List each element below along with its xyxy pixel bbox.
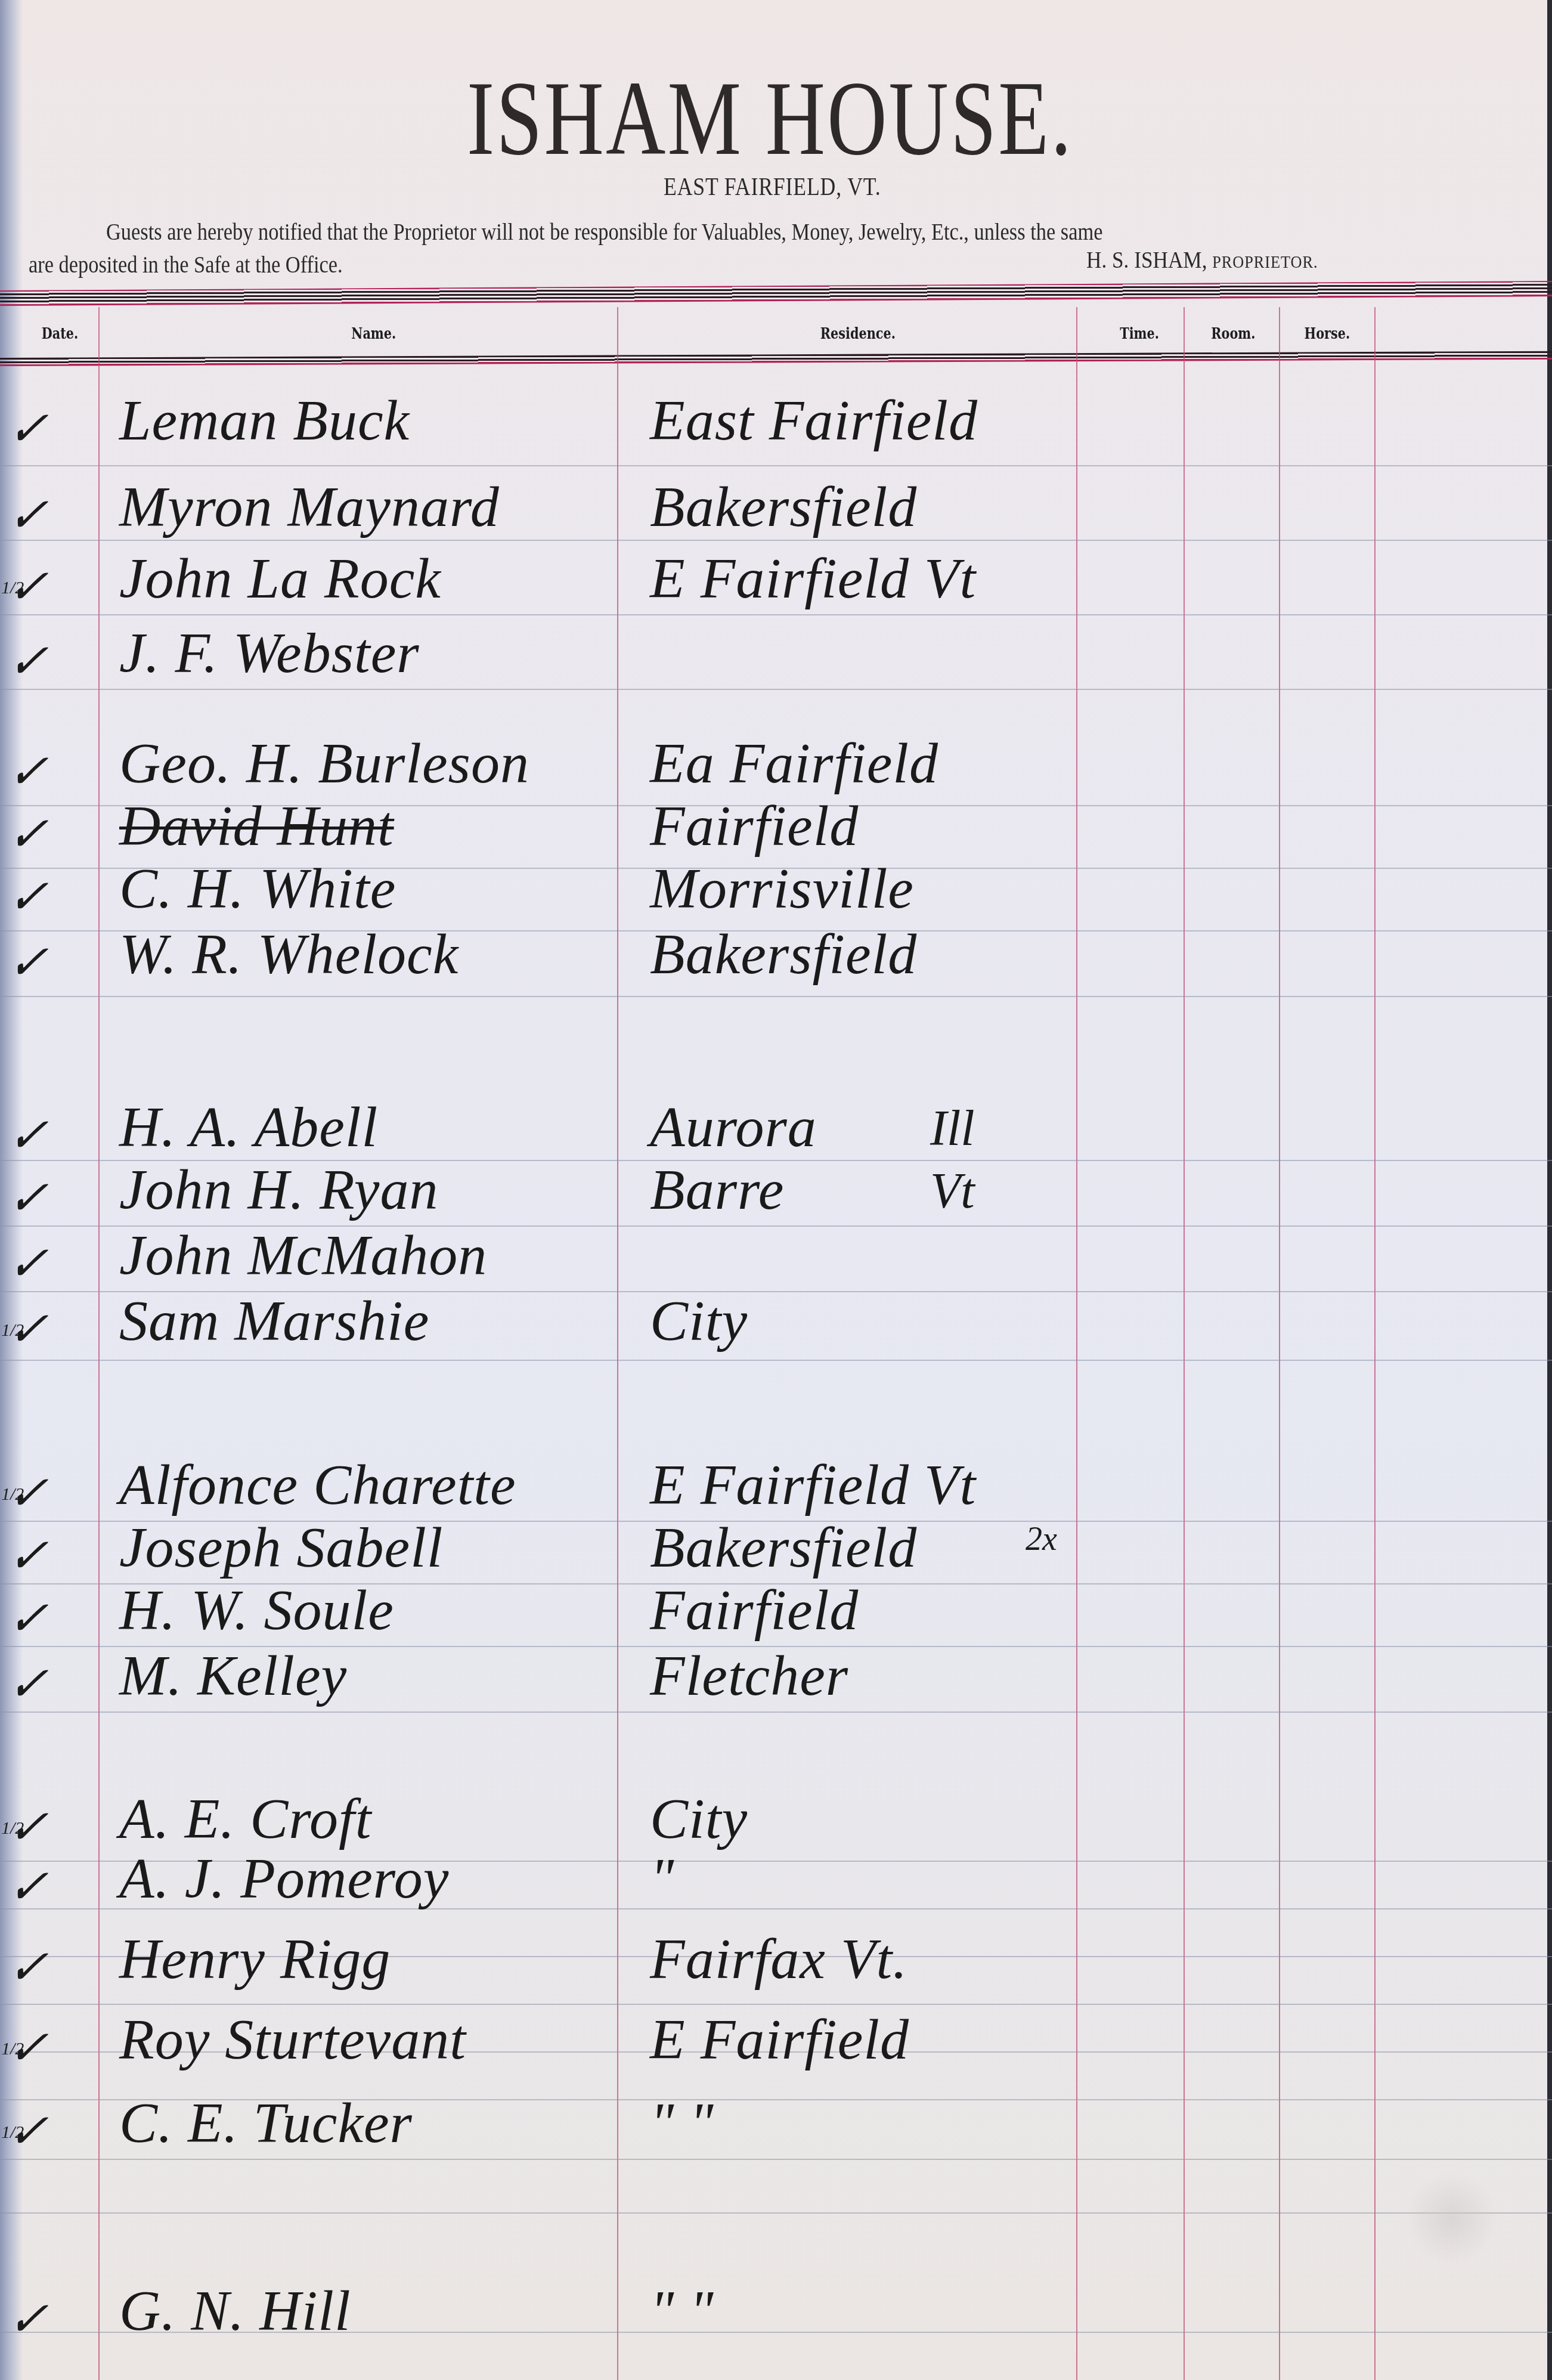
ruled-line [0, 2212, 1552, 2214]
check-mark-icon: ✓ [3, 2292, 92, 2346]
guest-residence: Bakersfield [650, 921, 917, 987]
check-mark-icon: ✓ [3, 1657, 92, 1711]
check-mark-icon: ✓ [3, 635, 92, 688]
notice-line-2: are deposited in the Safe at the Office. [29, 250, 343, 278]
hotel-location: EAST FAIRFIELD, VT. [113, 173, 1432, 202]
column-header-residence: Residence. [820, 325, 896, 343]
register-entry: 1/2 ✓ C. E. Tucker " " [0, 2069, 1552, 2167]
column-header-date: Date. [42, 325, 79, 343]
proprietor-signature: H. S. ISHAM, PROPRIETOR. [1086, 246, 1318, 274]
guest-name: Henry Rigg [119, 1926, 391, 1992]
check-mark-icon: ✓ [3, 1302, 92, 1356]
check-mark-icon: ✓ [3, 2021, 92, 2075]
guest-residence: " " [650, 2277, 714, 2344]
notice-line-1: Guests are hereby notified that the Prop… [106, 218, 1102, 246]
check-mark-icon: ✓ [3, 936, 92, 989]
register-entry: ✓ M. Kelley Fletcher [0, 1622, 1552, 1719]
column-header-name: Name. [351, 325, 396, 343]
guest-residence: E Fairfield [650, 2006, 909, 2072]
column-header-horse: Horse. [1305, 325, 1350, 343]
guest-residence: " [650, 1845, 674, 1911]
register-entry: ✓ G. N. Hill " " [0, 2257, 1552, 2354]
proprietor-title: PROPRIETOR. [1212, 252, 1318, 272]
guest-name: Roy Sturtevant [119, 2006, 466, 2072]
header-rule-bottom [0, 351, 1552, 366]
guest-name: G. N. Hill [119, 2277, 351, 2344]
guest-name: J. F. Webster [119, 620, 420, 686]
check-mark-icon: ✓ [3, 2104, 92, 2158]
column-header-time: Time. [1120, 325, 1159, 343]
guest-residence: East Fairfield [650, 387, 978, 453]
register-entry: ✓ J. F. Webster [0, 599, 1552, 697]
column-header-room: Room. [1211, 325, 1255, 343]
register-entry: 1/2 ✓ Sam Marshie City [0, 1267, 1552, 1364]
register-entry: ✓ W. R. Whelock Bakersfield [0, 900, 1552, 998]
paper-stain [1407, 2171, 1497, 2266]
hotel-title: ISHAM HOUSE. [165, 57, 1375, 179]
guest-residence: City [650, 1288, 748, 1354]
guest-name: Leman Buck [119, 387, 410, 453]
residence-suffix: 2x [1026, 1520, 1057, 1558]
proprietor-name: H. S. ISHAM, [1086, 246, 1207, 273]
guest-name: W. R. Whelock [119, 921, 459, 987]
guest-residence: Fletcher [650, 1642, 848, 1709]
check-mark-icon: ✓ [3, 402, 92, 456]
register-entry: ✓ Leman Buck East Fairfield [0, 367, 1552, 464]
header-rule-top [0, 281, 1552, 306]
register-page: ISHAM HOUSE. EAST FAIRFIELD, VT. Guests … [0, 0, 1552, 2380]
register-entry: 1/2 ✓ Roy Sturtevant E Fairfield [0, 1986, 1552, 2083]
guest-name: M. Kelley [119, 1642, 347, 1709]
guest-residence: " " [650, 2090, 714, 2156]
guest-name: Sam Marshie [119, 1288, 429, 1354]
guest-name: C. E. Tucker [119, 2090, 413, 2156]
guest-name: A. J. Pomeroy [119, 1845, 449, 1911]
guest-residence: Fairfax Vt. [650, 1926, 907, 1992]
